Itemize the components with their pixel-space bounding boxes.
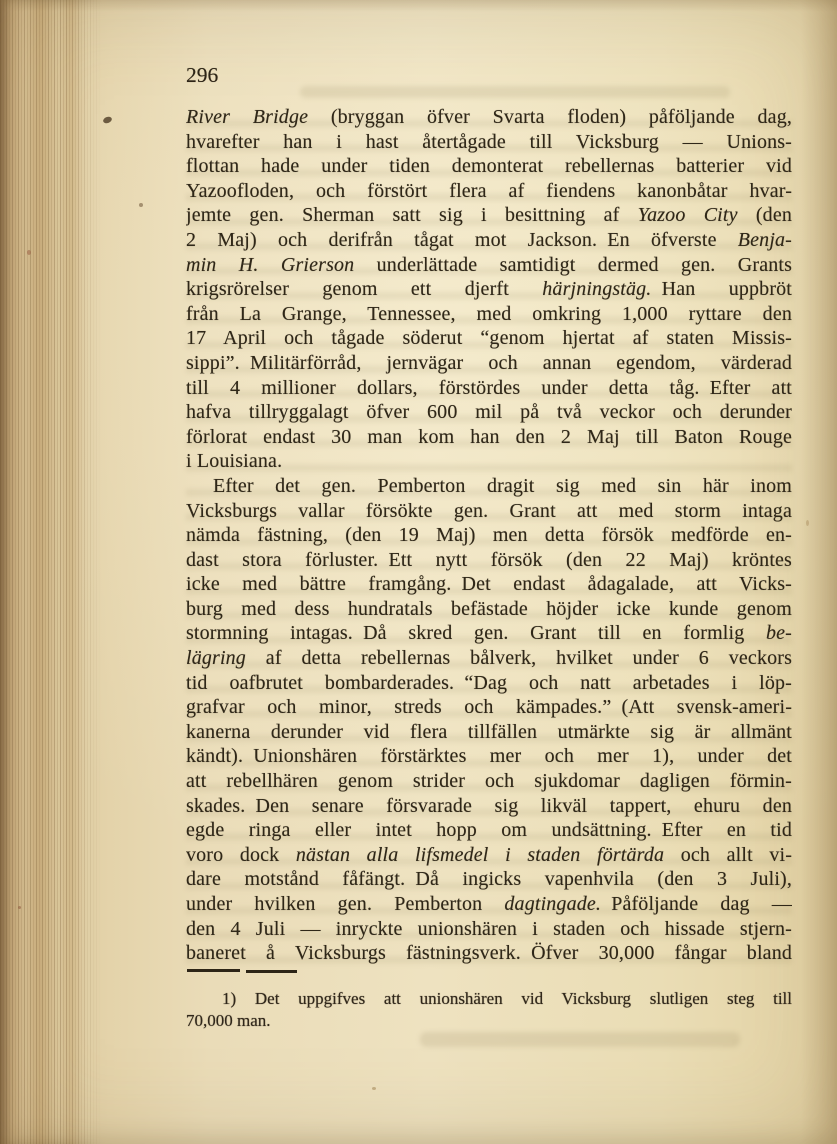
italic-text-segment: River Bridge: [186, 106, 308, 128]
italic-text-segment: nästan alla lifsmedel i staden förtärda: [296, 844, 664, 866]
text-line: jemte gen. Sherman satt sig i besittning…: [186, 203, 792, 228]
text-segment: Han uppbröt: [651, 278, 792, 300]
text-line: voro dock nästan alla lifsmedel i staden…: [186, 843, 792, 868]
text-line: icke med bättre framgång. Det endast åda…: [186, 572, 792, 597]
text-line: grafvar och minor, streds och kämpades.”…: [186, 695, 792, 720]
text-line: lägring af detta rebellernas bålverk, hv…: [186, 646, 792, 671]
text-line: från La Grange, Tennessee, med omkring 1…: [186, 302, 792, 327]
text-segment: dare motstånd fåfängt. Då ingicks vapenh…: [186, 868, 792, 890]
ink-speck: [102, 116, 113, 125]
text-segment: att rebellhären genom strider och sjukdo…: [186, 770, 792, 792]
text-line: dast stora förluster. Ett nytt försök (d…: [186, 548, 792, 573]
text-segment: 1) Det uppgifves att unionshären vid Vic…: [222, 989, 792, 1008]
text-segment: hvarefter han i hast återtågade till Vic…: [186, 131, 792, 153]
text-segment: kanerna derunder vid flera tillfällen ut…: [186, 721, 792, 743]
text-segment: grafvar och minor, streds och kämpades.”…: [186, 696, 792, 718]
text-line: krigsrörelser genom ett djerft härjnings…: [186, 277, 792, 302]
text-segment: 2 Maj) och derifrån tågat mot Jackson. E…: [186, 229, 738, 251]
italic-text-segment: be-: [766, 622, 792, 644]
text-line: River Bridge (bryggan öfver Svarta flode…: [186, 105, 792, 130]
text-segment: icke med bättre framgång. Det endast åda…: [186, 573, 792, 595]
text-line: skades. Den senare försvarade sig likväl…: [186, 794, 792, 819]
text-line: 17 April och tågade söderut “genom hjert…: [186, 326, 792, 351]
text-line: Vicksburgs vallar försökte gen. Grant at…: [186, 499, 792, 524]
text-line: tid oafbrutet bombarderades. “Dag och na…: [186, 671, 792, 696]
text-line: flottan hade under tiden demonterat rebe…: [186, 154, 792, 179]
ink-speck: [139, 203, 143, 207]
italic-text-segment: dagtingade.: [504, 893, 601, 915]
reverse-side-showthrough: [300, 86, 730, 98]
text-segment: stormning intagas. Då skred gen. Grant t…: [186, 622, 766, 644]
book-page-scan: 296 River Bridge (bryggan öfver Svarta f…: [0, 0, 837, 1144]
footnote-text: 1) Det uppgifves att unionshären vid Vic…: [186, 988, 792, 1032]
text-line: förlorat endast 30 man kom han den 2 Maj…: [186, 425, 792, 450]
text-segment: och allt vi-: [664, 844, 792, 866]
page-top-edge-shadow: [0, 0, 837, 12]
text-line: burg med dess hundratals befästade höjde…: [186, 597, 792, 622]
page-right-edge-shadow: [801, 0, 837, 1144]
text-segment: flottan hade under tiden demonterat rebe…: [186, 155, 792, 177]
book-spine-edge-texture: [0, 0, 102, 1144]
text-segment: baneret å Vicksburgs fästningsverk. Öfve…: [186, 942, 792, 964]
text-line: i Louisiana.: [186, 449, 792, 474]
text-segment: underlättade samtidigt dermed gen. Grant…: [354, 254, 792, 276]
divider-segment: [187, 969, 240, 972]
text-segment: burg med dess hundratals befästade höjde…: [186, 598, 792, 620]
text-segment: tid oafbrutet bombarderades. “Dag och na…: [186, 672, 792, 694]
text-line: att rebellhären genom strider och sjukdo…: [186, 769, 792, 794]
text-segment: 70,000 man.: [186, 1011, 271, 1030]
text-segment: skades. Den senare försvarade sig likväl…: [186, 795, 792, 817]
text-segment: i Louisiana.: [186, 450, 282, 472]
text-segment: 17 April och tågade söderut “genom hjert…: [186, 327, 792, 349]
reverse-side-showthrough: [420, 1032, 740, 1047]
text-line: Yazoofloden, och förstört flera af fiend…: [186, 179, 792, 204]
italic-text-segment: lägring: [186, 647, 246, 669]
paper-speck: [806, 520, 809, 526]
text-segment: Yazoofloden, och förstört flera af fiend…: [186, 180, 792, 202]
text-line: 70,000 man.: [186, 1010, 792, 1032]
body-text: River Bridge (bryggan öfver Svarta flode…: [186, 105, 792, 966]
text-line: hafva tillryggalagt öfver 600 mil på två…: [186, 400, 792, 425]
text-segment: voro dock: [186, 844, 296, 866]
text-line: baneret å Vicksburgs fästningsverk. Öfve…: [186, 941, 792, 966]
text-line: kanerna derunder vid flera tillfällen ut…: [186, 720, 792, 745]
paper-speck: [27, 250, 31, 255]
text-segment: egde ringa eller intet hopp om undsättni…: [186, 819, 792, 841]
italic-text-segment: min H. Grierson: [186, 254, 354, 276]
divider-segment: [246, 970, 297, 973]
footnote-divider-rule: [187, 969, 307, 975]
text-segment: under hvilken gen. Pemberton: [186, 893, 504, 915]
paper-speck: [18, 906, 21, 909]
text-segment: (den: [738, 204, 792, 226]
text-line: hvarefter han i hast återtågade till Vic…: [186, 130, 792, 155]
text-line: under hvilken gen. Pemberton dagtingade.…: [186, 892, 792, 917]
text-segment: Påföljande dag —: [601, 893, 792, 915]
text-line: till 4 millioner dollars, förstördes und…: [186, 376, 792, 401]
text-segment: dast stora förluster. Ett nytt försök (d…: [186, 549, 792, 571]
text-segment: från La Grange, Tennessee, med omkring 1…: [186, 303, 792, 325]
italic-text-segment: Benja-: [738, 229, 792, 251]
text-line: 2 Maj) och derifrån tågat mot Jackson. E…: [186, 228, 792, 253]
text-segment: förlorat endast 30 man kom han den 2 Maj…: [186, 426, 792, 448]
italic-text-segment: Yazoo City: [638, 204, 738, 226]
text-line: sippi”. Militärförråd, jernvägar och ann…: [186, 351, 792, 376]
text-line: dare motstånd fåfängt. Då ingicks vapenh…: [186, 867, 792, 892]
text-line: stormning intagas. Då skred gen. Grant t…: [186, 621, 792, 646]
text-segment: jemte gen. Sherman satt sig i besittning…: [186, 204, 638, 226]
paper-speck: [372, 1087, 376, 1090]
text-segment: nämda fästning, (den 19 Maj) men detta f…: [186, 524, 792, 546]
text-segment: Vicksburgs vallar försökte gen. Grant at…: [186, 500, 792, 522]
text-line: Efter det gen. Pemberton dragit sig med …: [186, 474, 792, 499]
page-number: 296: [186, 63, 218, 88]
italic-text-segment: härjningstäg.: [542, 278, 651, 300]
text-segment: (bryggan öfver Svarta floden) påföljande…: [308, 106, 792, 128]
text-segment: hafva tillryggalagt öfver 600 mil på två…: [186, 401, 792, 423]
text-segment: sippi”. Militärförråd, jernvägar och ann…: [186, 352, 792, 374]
text-line: den 4 Juli — inryckte unionshären i stad…: [186, 917, 792, 942]
text-line: 1) Det uppgifves att unionshären vid Vic…: [186, 988, 792, 1010]
text-segment: den 4 Juli — inryckte unionshären i stad…: [186, 918, 792, 940]
text-segment: af detta rebellernas bålverk, hvilket un…: [246, 647, 792, 669]
text-segment: Efter det gen. Pemberton dragit sig med …: [213, 475, 792, 497]
text-line: kändt). Unionshären förstärktes mer och …: [186, 744, 792, 769]
text-segment: krigsrörelser genom ett djerft: [186, 278, 542, 300]
text-line: min H. Grierson underlättade samtidigt d…: [186, 253, 792, 278]
text-segment: kändt). Unionshären förstärktes mer och …: [186, 745, 792, 767]
text-segment: till 4 millioner dollars, förstördes und…: [186, 377, 792, 399]
text-line: egde ringa eller intet hopp om undsättni…: [186, 818, 792, 843]
text-line: nämda fästning, (den 19 Maj) men detta f…: [186, 523, 792, 548]
